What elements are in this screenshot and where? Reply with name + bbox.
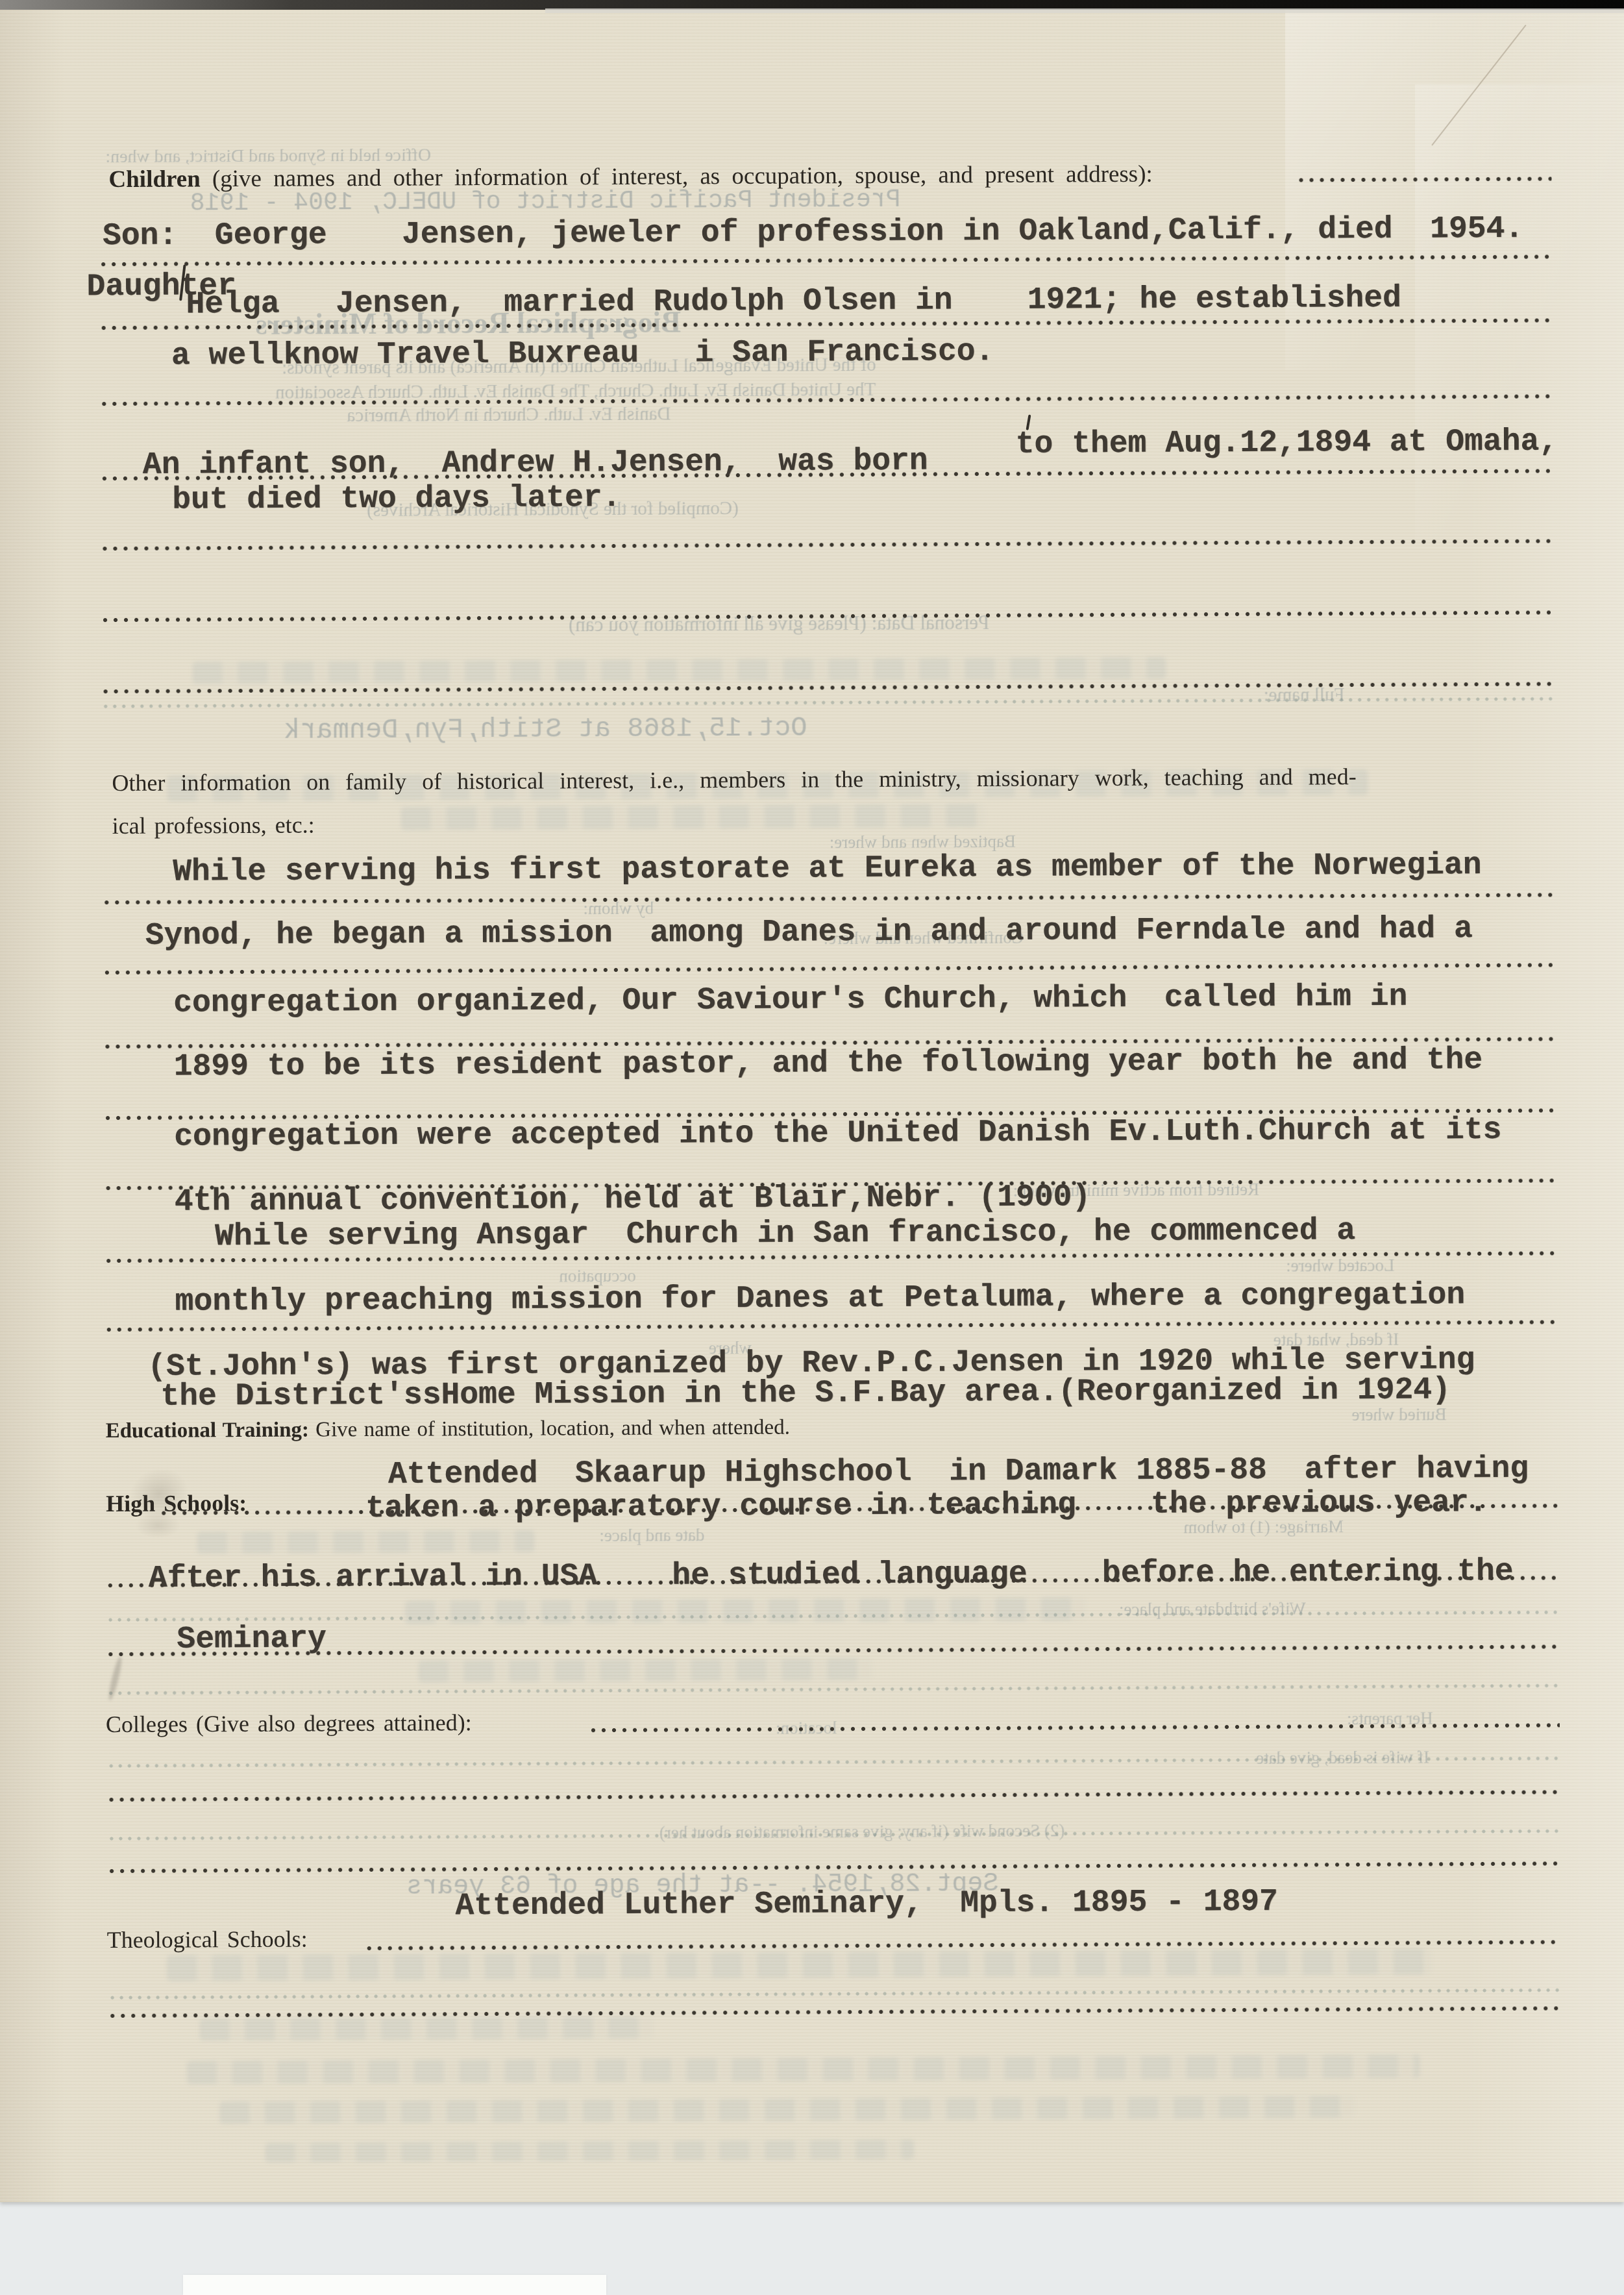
educational-training-label-bold: Educational Training:	[105, 1418, 309, 1443]
history-line2: Synod, he began a mission among Danes in…	[145, 913, 1472, 952]
infant-son-line2: but died two days later.	[172, 482, 621, 516]
dotted-rule	[1298, 175, 1551, 183]
bleedthrough-blur	[167, 1948, 1433, 1981]
dotted-rule	[109, 1789, 1560, 1803]
other-info-label-line1: Other information on family of historica…	[112, 765, 1356, 795]
travel-bureau-line: a wellknow Travel Buxreau i San Francisc…	[171, 336, 994, 372]
son-line: Son: George Jensen, jeweler of professio…	[103, 214, 1523, 252]
high-schools-label: High Schools:	[106, 1491, 247, 1515]
bleedthrough-text: date and place:	[599, 1526, 704, 1544]
colleges-label: Colleges (Give also degrees attained):	[106, 1711, 472, 1736]
form-content: Office held in Synod and District, and w…	[0, 0, 1624, 2203]
theological-line: Attended Luther Seminary, Mpls. 1895 - 1…	[455, 1887, 1278, 1922]
dotted-rule-faint	[110, 1987, 1561, 2001]
bleedthrough-text: Office held in Synod and District, and w…	[105, 146, 431, 166]
history-line3: congregation organized, Our Saviour's Ch…	[173, 982, 1407, 1019]
bleedthrough-text: Baptized when and where:	[830, 833, 1016, 852]
dotted-rule	[104, 891, 1555, 906]
infant-son-line: An infant son, Andrew H.Jensen, was born	[143, 445, 928, 480]
history-line10: the District'ssHome Mission in the S.F.B…	[160, 1374, 1451, 1412]
bleedthrough-blur	[265, 2140, 914, 2163]
bleedthrough-blur	[418, 1658, 872, 1683]
dotted-rule	[591, 1722, 1560, 1733]
children-label-bold: Children	[108, 166, 200, 193]
bleedthrough-text: Danish Ev. Luth. Church in North America	[347, 405, 671, 426]
highschool-line3: After his arrival in USA he studied lang…	[149, 1556, 1514, 1594]
children-label-text: (give names and other information of int…	[201, 161, 1153, 193]
bleedthrough-blur	[199, 2016, 654, 2041]
highschool-line4: Seminary	[177, 1623, 326, 1655]
other-info-label-line2-text: ical professions, etc.:	[112, 812, 315, 839]
scanned-form-page: { "document_type": "Biographical record …	[0, 0, 1624, 2295]
bleedthrough-text: Located where:	[1286, 1257, 1394, 1275]
dotted-rule	[110, 2005, 1561, 2019]
bleedthrough-text: Buried where	[1351, 1406, 1446, 1424]
history-line7: While serving Ansgar Church in San franc…	[215, 1215, 1355, 1252]
history-line4: 1899 to be its resident pastor, and the …	[174, 1045, 1483, 1083]
dotted-rule	[101, 253, 1552, 267]
daughter-line: Helga Jensen, married Rudolph Olsen in 1…	[186, 283, 1401, 321]
history-line5: congregation were accepted into the Unit…	[174, 1115, 1501, 1153]
dotted-rule-faint	[108, 1682, 1560, 1696]
educational-training-label-text: Give name of institution, location, and …	[309, 1416, 790, 1442]
bleedthrough-blur	[197, 1530, 534, 1554]
bleedthrough-text: President Pacific District of UDELC, 190…	[190, 188, 901, 217]
high-schools-label-bold: High Schools:	[106, 1490, 247, 1517]
highschool-line1: Attended Skaarup Highschool in Damark 18…	[388, 1454, 1529, 1491]
theological-schools-label-text: Theological Schools:	[107, 1926, 308, 1953]
educational-training-label: Educational Training: Give name of insti…	[106, 1417, 791, 1443]
scanner-white-strip	[183, 2275, 606, 2295]
bleedthrough-blur	[219, 2096, 1355, 2124]
bleedthrough-blur	[192, 657, 1166, 684]
theological-schools-label: Theological Schools:	[107, 1927, 308, 1952]
dotted-rule-faint	[103, 695, 1555, 710]
history-line1: While serving his first pastorate at Eur…	[173, 850, 1482, 888]
bleedthrough-text: Oct.15,1868 at Stith,Fyn,Denmark	[284, 714, 807, 744]
dotted-rule	[105, 961, 1556, 976]
bleedthrough-blur	[401, 804, 985, 830]
colleges-label-text: Colleges (Give also degrees attained):	[106, 1709, 472, 1737]
bleedthrough-blur	[187, 2055, 1420, 2085]
children-label: Children (give names and other informati…	[108, 162, 1152, 192]
history-line8: monthly preaching mission for Danes at P…	[175, 1280, 1465, 1317]
other-info-label-line2: ical professions, etc.:	[112, 813, 315, 837]
scan-edge-light-strip	[545, 8, 1624, 13]
dotted-rule	[102, 538, 1553, 552]
highschool-line2: taken a preparatory course in teaching t…	[365, 1487, 1488, 1524]
history-line6: 4th annual convention, held at Blair,Neb…	[175, 1182, 1091, 1217]
infant-son-raised: to them Aug.12,1894 at Omaha,	[1016, 426, 1558, 460]
paper-sheet: Office held in Synod and District, and w…	[0, 6, 1624, 2202]
